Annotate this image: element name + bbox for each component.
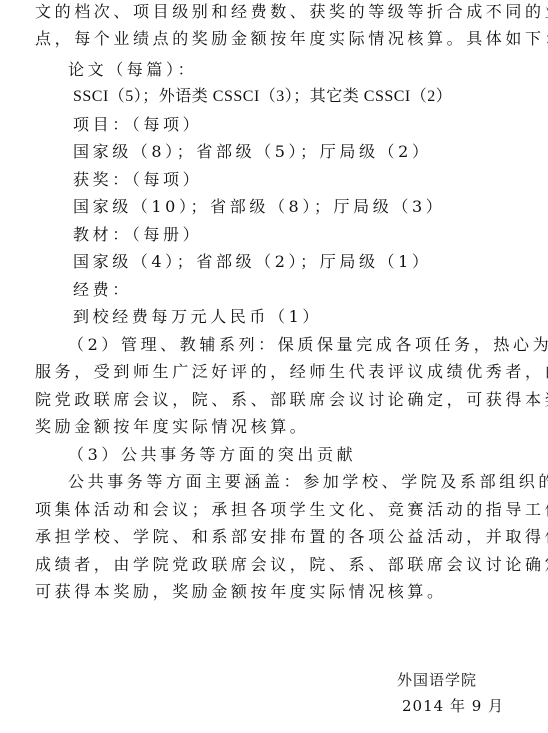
category-detail-projects: 国家级（8）；省部级（5）；厅局级（2） [73, 142, 432, 162]
category-detail-papers: SSCI（5）；外语类 CSSCI（3）；其它类 CSSCI（2） [73, 87, 452, 107]
category-heading-funding: 经费： [73, 280, 132, 300]
footer-organization: 外国语学院 [397, 669, 477, 690]
section3-line-2: 项集体活动和会议；承担各项学生文化、竞赛活动的指导工作； [35, 500, 548, 520]
category-detail-funding: 到校经费每万元人民币（1） [73, 307, 322, 327]
section2-line-1: （2）管理、教辅系列：保质保量完成各项任务，热心为师生 [68, 335, 548, 355]
intro-line-1: 文的档次、项目级别和经费数、获奖的等级等折合成不同的业绩 [35, 2, 548, 22]
category-detail-awards: 国家级（10）；省部级（8）；厅局级（3） [73, 197, 445, 217]
section3-line-3: 承担学校、学院、和系部安排布置的各项公益活动，并取得优异 [35, 527, 548, 547]
section2-line-2: 服务，受到师生广泛好评的，经师生代表评议成绩优秀者，由学 [35, 362, 548, 382]
section2-line-4: 奖励金额按年度实际情况核算。 [35, 417, 309, 437]
category-heading-papers: 论文（每篇）： [68, 60, 197, 80]
category-heading-awards: 获奖：（每项） [73, 170, 202, 190]
category-heading-textbooks: 教材：（每册） [73, 225, 202, 245]
category-detail-textbooks: 国家级（4）；省部级（2）；厅局级（1） [73, 252, 432, 272]
footer-date: 2014 年 9 月 [402, 695, 504, 716]
section3-line-5: 可获得本奖励，奖励金额按年度实际情况核算。 [35, 582, 447, 602]
section3-line-1: 公共事务等方面主要涵盖：参加学校、学院及系部组织的各 [68, 472, 548, 492]
section2-line-3: 院党政联席会议，院、系、部联席会议讨论确定，可获得本奖励， [35, 390, 548, 410]
category-heading-projects: 项目：（每项） [73, 115, 202, 135]
section3-line-4: 成绩者，由学院党政联席会议，院、系、部联席会议讨论确定， [35, 555, 548, 575]
section3-title: （3）公共事务等方面的突出贡献 [68, 445, 356, 465]
intro-line-2: 点，每个业绩点的奖励金额按年度实际情况核算。具体如下： [35, 29, 548, 49]
